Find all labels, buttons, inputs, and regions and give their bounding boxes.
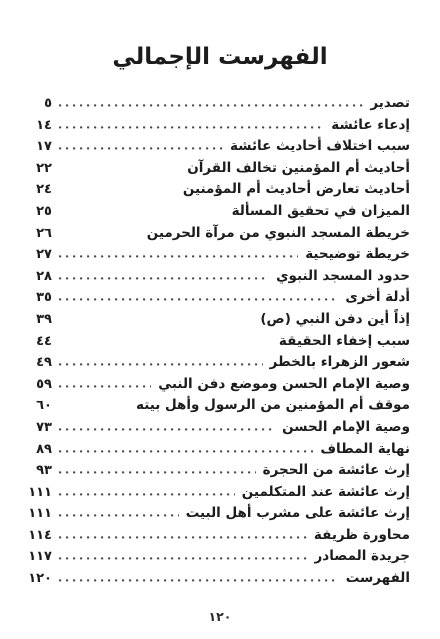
toc-entry-title: محاورة ظريفة bbox=[314, 525, 410, 547]
toc-entry: سبب إخفاء الحقيقة ٤٤ bbox=[26, 331, 410, 353]
toc-entry-title: إرث عائشة عند المتكلمين bbox=[242, 482, 410, 504]
dotted-leader bbox=[59, 255, 298, 258]
toc-entry-page: ٢٦ bbox=[26, 223, 52, 245]
toc-entry-page: ١٢٠ bbox=[26, 568, 52, 590]
dotted-leader bbox=[59, 126, 324, 129]
dotted-leader bbox=[59, 450, 313, 453]
toc-entry: الفهرست ١٢٠ bbox=[26, 568, 410, 590]
toc-entry-title: إذاً أين دفن النبي (ص) bbox=[260, 309, 410, 331]
toc-entry-page: ٨٩ bbox=[26, 439, 52, 461]
toc-entry-title: أحاديث تعارض أحاديث أم المؤمنين bbox=[183, 179, 410, 201]
toc-entry: إرث عائشة على مشرب أهل البيت ١١١ bbox=[26, 503, 410, 525]
toc-entry-page: ٢٥ bbox=[26, 201, 52, 223]
toc-entry-page: ١٤ bbox=[26, 115, 52, 137]
toc-entry-title: وصية الإمام الحسن وموضع دفن النبي bbox=[158, 374, 410, 396]
toc-entry: حدود المسجد النبوي ٢٨ bbox=[26, 266, 410, 288]
toc-entry: وصية الإمام الحسن وموضع دفن النبي ٥٩ bbox=[26, 374, 410, 396]
toc-entry: سبب اختلاف أحاديث عائشة ١٧ bbox=[26, 136, 410, 158]
toc-entry-page: ١١٤ bbox=[26, 525, 52, 547]
toc-entry: أدلة أخرى ٣٥ bbox=[26, 287, 410, 309]
toc-entry-page: ٩٣ bbox=[26, 460, 52, 482]
toc-entry-title: أدلة أخرى bbox=[345, 287, 410, 309]
toc-entry: جريدة المصادر ١١٧ bbox=[26, 546, 410, 568]
toc-entry: الميزان في تحقيق المسألة ٢٥ bbox=[26, 201, 410, 223]
dotted-leader bbox=[59, 428, 275, 431]
dotted-leader bbox=[59, 104, 363, 107]
toc-entry-title: خريطة توضيحية bbox=[305, 244, 410, 266]
toc-entry-page: ٣٥ bbox=[26, 287, 52, 309]
toc-entry-page: ١١١ bbox=[26, 482, 52, 504]
dotted-leader bbox=[59, 406, 129, 409]
toc-entry-title: وصية الإمام الحسن bbox=[282, 417, 410, 439]
toc-entry-page: ٢٧ bbox=[26, 244, 52, 266]
toc-entry-page: ٢٨ bbox=[26, 266, 52, 288]
dotted-leader bbox=[59, 536, 307, 539]
toc-entry-title: إرث عائشة من الحجرة bbox=[263, 460, 410, 482]
toc-entry-title: موقف أم المؤمنين من الرسول وأهل بيته bbox=[136, 395, 410, 417]
page-title: الفهرست الإجمالي bbox=[0, 0, 440, 72]
toc-entry-title: الفهرست bbox=[346, 568, 410, 590]
dotted-leader bbox=[59, 385, 151, 388]
toc-entry-page: ٢٤ bbox=[26, 179, 52, 201]
toc-entry: تصدير ٥ bbox=[26, 93, 410, 115]
toc-list: تصدير ٥ إدعاء عائشة ١٤ سبب اختلاف أحاديث… bbox=[0, 93, 440, 590]
dotted-leader bbox=[59, 212, 225, 215]
toc-entry: إرث عائشة من الحجرة ٩٣ bbox=[26, 460, 410, 482]
dotted-leader bbox=[59, 147, 223, 150]
dotted-leader bbox=[59, 557, 308, 560]
dotted-leader bbox=[59, 514, 179, 517]
toc-entry-title: حدود المسجد النبوي bbox=[276, 266, 410, 288]
toc-entry-page: ١٧ bbox=[26, 136, 52, 158]
dotted-leader bbox=[59, 493, 235, 496]
footer-page-number: ١٢٠ bbox=[0, 609, 440, 624]
toc-entry-title: جريدة المصادر bbox=[315, 546, 410, 568]
toc-entry: أحاديث تعارض أحاديث أم المؤمنين ٢٤ bbox=[26, 179, 410, 201]
toc-entry: شعور الزهراء بالخطر ٤٩ bbox=[26, 352, 410, 374]
toc-entry-page: ١١٧ bbox=[26, 546, 52, 568]
toc-entry-page: ٧٣ bbox=[26, 417, 52, 439]
toc-entry: إذاً أين دفن النبي (ص) ٣٩ bbox=[26, 309, 410, 331]
toc-entry: أحاديث أم المؤمنين تخالف القرآن ٢٢ bbox=[26, 158, 410, 180]
dotted-leader bbox=[59, 190, 176, 193]
toc-entry: موقف أم المؤمنين من الرسول وأهل بيته ٦٠ bbox=[26, 395, 410, 417]
toc-entry-page: ١١١ bbox=[26, 503, 52, 525]
toc-entry-page: ٣٩ bbox=[26, 309, 52, 331]
toc-entry-title: شعور الزهراء بالخطر bbox=[270, 352, 410, 374]
dotted-leader bbox=[59, 234, 140, 237]
dotted-leader bbox=[59, 277, 269, 280]
toc-entry-page: ٤٩ bbox=[26, 352, 52, 374]
toc-entry: إرث عائشة عند المتكلمين ١١١ bbox=[26, 482, 410, 504]
toc-entry: وصية الإمام الحسن ٧٣ bbox=[26, 417, 410, 439]
dotted-leader bbox=[59, 363, 263, 366]
toc-entry: خريطة توضيحية ٢٧ bbox=[26, 244, 410, 266]
book-page: الفهرست الإجمالي تصدير ٥ إدعاء عائشة ١٤ … bbox=[0, 0, 440, 639]
toc-entry-page: ٥ bbox=[26, 93, 52, 115]
dotted-leader bbox=[59, 169, 180, 172]
toc-entry: إدعاء عائشة ١٤ bbox=[26, 115, 410, 137]
dotted-leader bbox=[59, 320, 253, 323]
dotted-leader bbox=[59, 579, 339, 582]
toc-entry: نهاية المطاف ٨٩ bbox=[26, 439, 410, 461]
toc-entry-title: خريطة المسجد النبوي من مرآة الحرمين bbox=[147, 223, 410, 245]
dotted-leader bbox=[59, 298, 338, 301]
toc-entry-title: سبب اختلاف أحاديث عائشة bbox=[230, 136, 410, 158]
dotted-leader bbox=[59, 342, 272, 345]
toc-entry-page: ٥٩ bbox=[26, 374, 52, 396]
dotted-leader bbox=[59, 471, 256, 474]
toc-entry-page: ٢٢ bbox=[26, 158, 52, 180]
toc-entry-title: تصدير bbox=[370, 93, 410, 115]
toc-entry-title: أحاديث أم المؤمنين تخالف القرآن bbox=[187, 158, 410, 180]
toc-entry-title: نهاية المطاف bbox=[320, 439, 410, 461]
toc-entry-title: إدعاء عائشة bbox=[331, 115, 410, 137]
toc-entry: محاورة ظريفة ١١٤ bbox=[26, 525, 410, 547]
toc-entry: خريطة المسجد النبوي من مرآة الحرمين ٢٦ bbox=[26, 223, 410, 245]
toc-entry-title: إرث عائشة على مشرب أهل البيت bbox=[186, 503, 410, 525]
toc-entry-title: الميزان في تحقيق المسألة bbox=[232, 201, 410, 223]
toc-entry-title: سبب إخفاء الحقيقة bbox=[279, 331, 410, 353]
toc-entry-page: ٤٤ bbox=[26, 331, 52, 353]
toc-entry-page: ٦٠ bbox=[26, 395, 52, 417]
